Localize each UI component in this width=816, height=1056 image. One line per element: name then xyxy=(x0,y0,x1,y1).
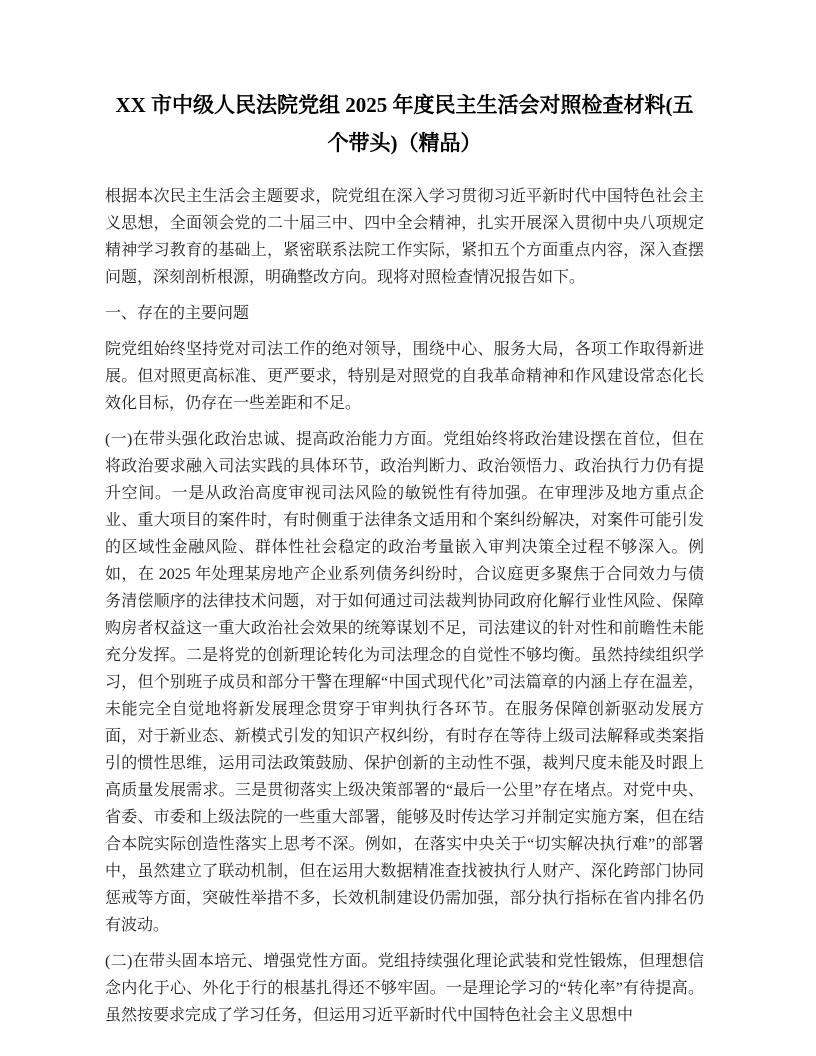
document-title: XX 市中级人民法院党组 2025 年度民主生活会对照检查材料(五个带头)（精品… xyxy=(105,86,704,162)
section-1-problem-1-paragraph: (一)在带头强化政治忠诚、提高政治能力方面。党组始终将政治建设摆在首位，但在将政… xyxy=(105,426,704,939)
section-1-overview-paragraph: 院党组始终坚持党对司法工作的绝对领导，围绕中心、服务大局，各项工作取得新进展。但… xyxy=(105,336,704,417)
section-1-problem-2-paragraph: (二)在带头固本培元、增强党性方面。党组持续强化理论武装和党性锻炼，但理想信念内… xyxy=(105,948,704,1029)
section-1-heading: 一、存在的主要问题 xyxy=(105,300,704,327)
intro-paragraph: 根据本次民主生活会主题要求，院党组在深入学习贯彻习近平新时代中国特色社会主义思想… xyxy=(105,183,704,291)
document-page: XX 市中级人民法院党组 2025 年度民主生活会对照检查材料(五个带头)（精品… xyxy=(0,0,816,1056)
